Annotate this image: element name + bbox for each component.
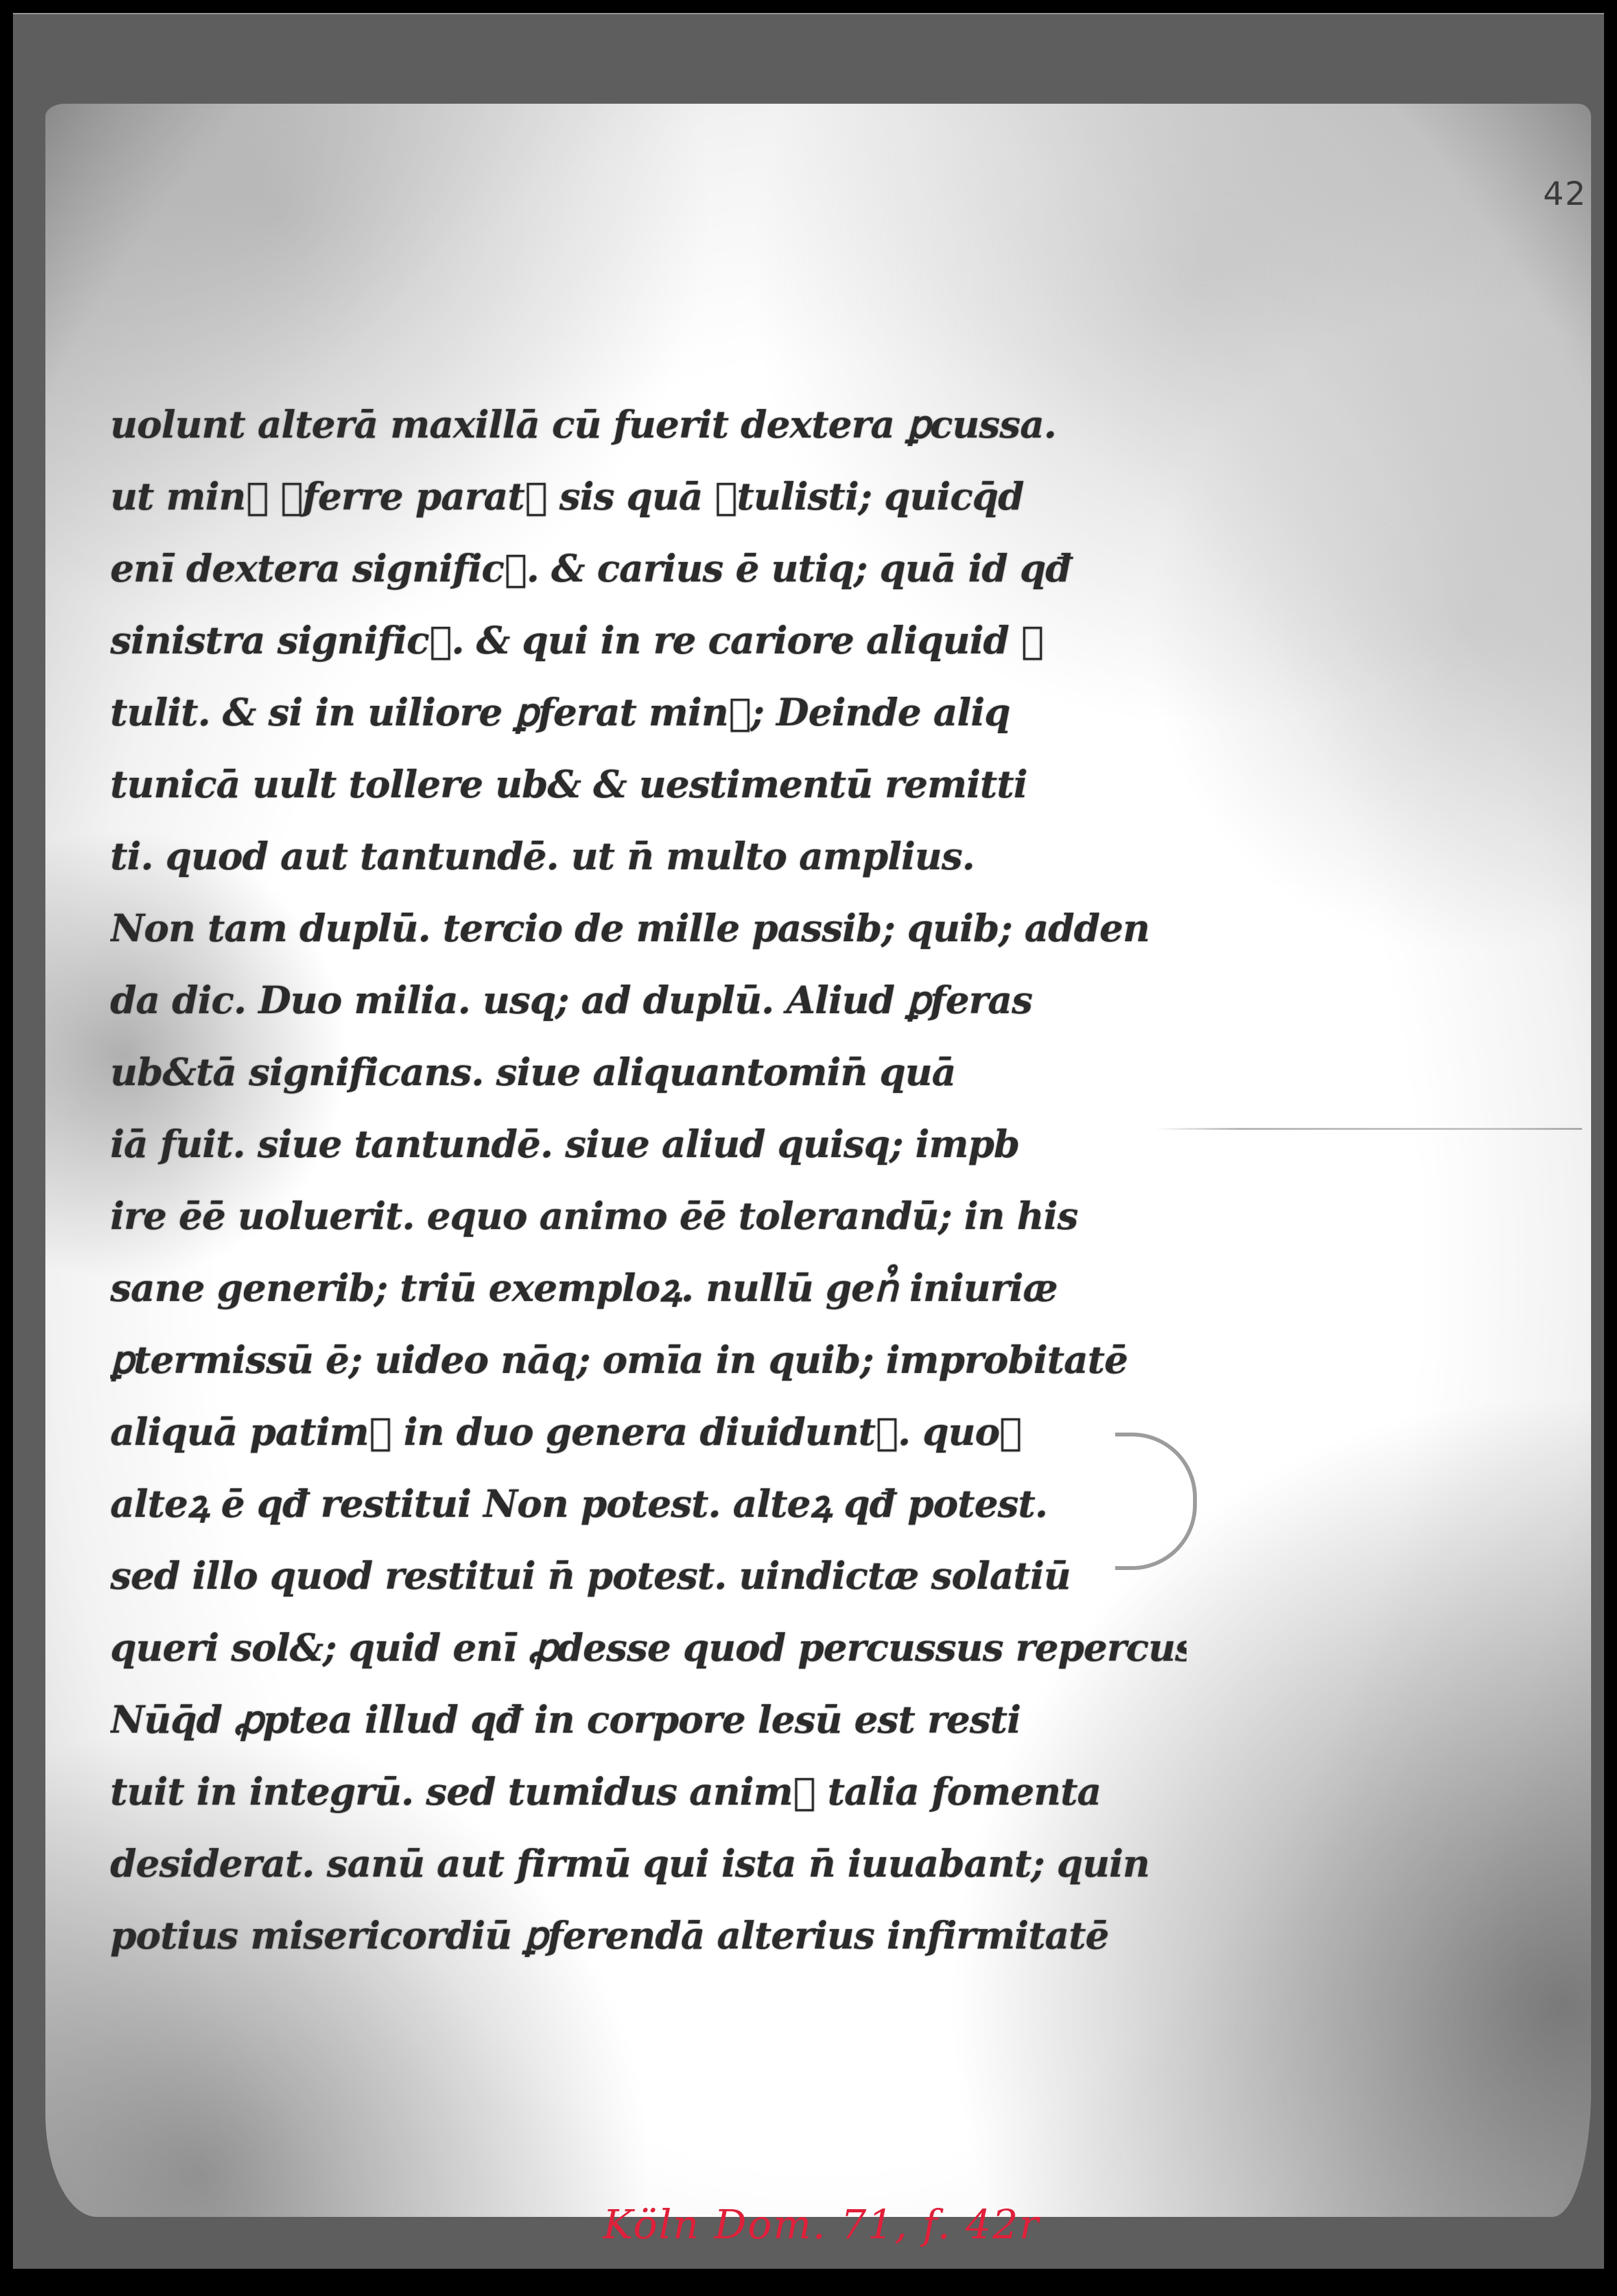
text-line: enī dextera significᷓ. & carius ē utiq; … <box>110 533 1186 605</box>
text-line: ub&tā significans. siue aliquantomin̄ qu… <box>110 1037 1186 1108</box>
text-line: tunicā uult tollere ub& & uestimentū rem… <box>110 749 1186 821</box>
text-line: aliquā patim᷒ in duo genera diuiduntᷣ. q… <box>110 1396 1186 1468</box>
text-line: Non tam duplū. tercio de mille passib; q… <box>110 893 1186 965</box>
text-line: ut min᷒ ꝑferre parat᷒ sis quā ꝑtulisti; … <box>110 461 1186 533</box>
page-fold-crease <box>1154 1128 1582 1130</box>
text-line: iā fuit. siue tantundē. siue aliud quisq… <box>110 1108 1186 1180</box>
text-line: tulit. & si in uiliore ꝑferat min᷒; Dein… <box>110 677 1186 749</box>
text-line: sinistra significᷓ. & qui in re cariore … <box>110 605 1186 677</box>
text-line: Nūq̄d ꝓptea illud qđ in corpore lesū est… <box>110 1684 1186 1756</box>
shelfmark-annotation: Köln Dom. 71, f. 42r <box>603 2201 1040 2248</box>
text-line: da dic. Duo milia. usq; ad duplū. Aliud … <box>110 965 1186 1037</box>
manuscript-text-column: uolunt alterā maxillā cū fuerit dextera … <box>110 389 1186 1972</box>
text-line: ꝑtermissū ē; uideo nāq; omīa in quib; im… <box>110 1324 1186 1396</box>
text-line: queri sol&; quid enī ꝓdesse quod percuss… <box>110 1612 1186 1684</box>
text-line: potius misericordiū ꝑferendā alterius in… <box>110 1900 1186 1972</box>
text-line: ire ēē uoluerit. equo animo ēē tolerandū… <box>110 1180 1186 1252</box>
folio-number: 42 <box>1543 175 1587 213</box>
text-line: alteꝝ ē qđ restitui Non potest. alteꝝ qđ… <box>110 1468 1186 1540</box>
text-line: sed illo quod restitui n̄ potest. uindic… <box>110 1540 1186 1612</box>
text-line: sane generib; triū exemploꝝ. nullū gen᷒ … <box>110 1252 1186 1324</box>
text-line: ti. quod aut tantundē. ut n̄ multo ampli… <box>110 821 1186 893</box>
text-line: tuit in integrū. sed tumidus anim᷒ talia… <box>110 1756 1186 1828</box>
text-line: uolunt alterā maxillā cū fuerit dextera … <box>110 389 1186 461</box>
text-line: desiderat. sanū aut firmū qui ista n̄ iu… <box>110 1828 1186 1900</box>
